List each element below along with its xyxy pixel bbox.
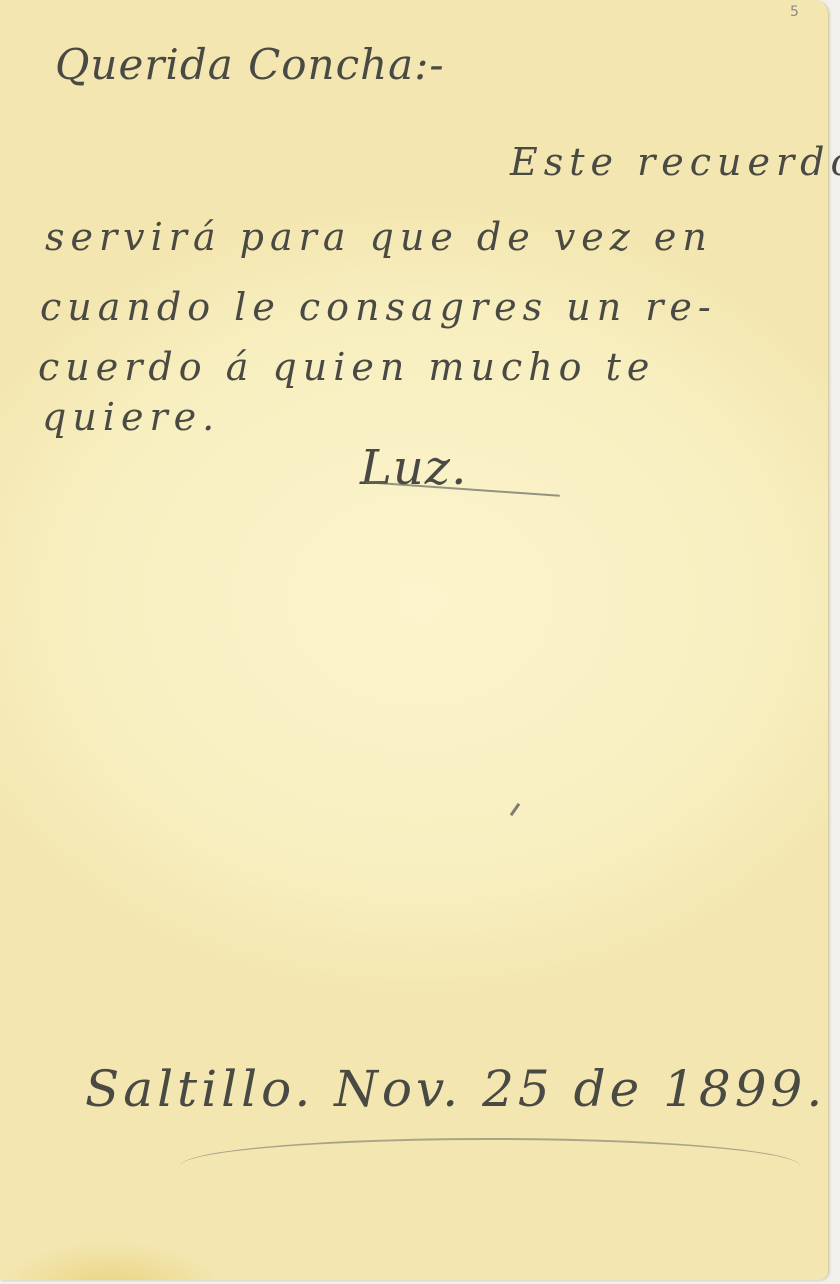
date-underline-flourish xyxy=(180,1138,800,1166)
body-line: cuando le consagres un re- xyxy=(40,285,717,329)
salutation: Querida Concha:- xyxy=(55,40,445,89)
page-number: 5 xyxy=(790,4,799,20)
body-line: cuerdo á quien mucho te xyxy=(38,345,655,389)
place-and-date: Saltillo. Nov. 25 de 1899. xyxy=(85,1060,826,1118)
letter-page: 5 Querida Concha:- Este recuerdo servirá… xyxy=(0,0,829,1280)
body-line: Este recuerdo xyxy=(510,140,840,184)
body-line: servirá para que de vez en xyxy=(45,215,713,259)
body-line: quiere. xyxy=(42,395,220,439)
ink-speck xyxy=(510,803,520,816)
